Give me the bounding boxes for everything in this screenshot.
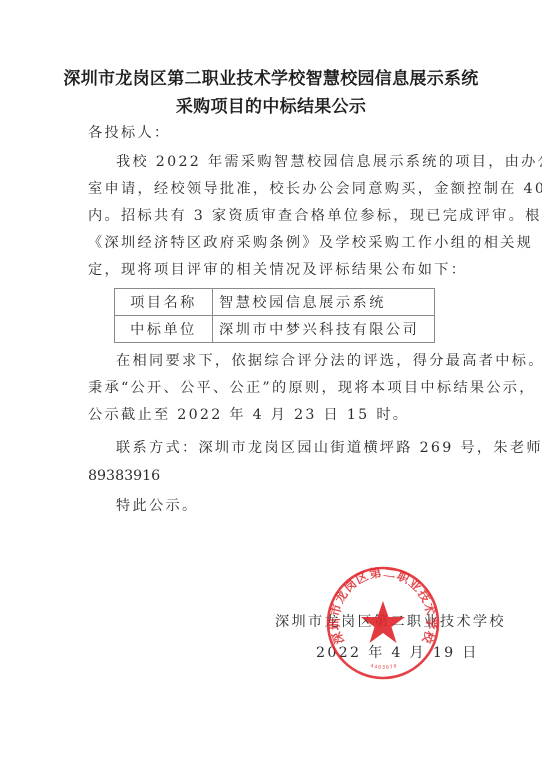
- seal-code-text: 4403070: [370, 663, 399, 671]
- table-label-project-name: 项目名称: [115, 289, 213, 316]
- seal-ring-text: 深圳市龙岗区第二职业技术学校: [327, 565, 439, 646]
- paragraph-line: 定，现将项目评审的相关情况及评标结果公布如下：: [88, 261, 467, 279]
- table-row: 中标单位 深圳市中梦兴科技有限公司: [115, 316, 435, 343]
- table-label-winning-bidder: 中标单位: [115, 316, 213, 343]
- paragraph-line: 秉承“公开、公平、公正”的原则，现将本项目中标结果公示，: [88, 379, 536, 397]
- table-value-winning-bidder: 深圳市中梦兴科技有限公司: [213, 316, 435, 343]
- paragraph-line: 我校 2022 年需采购智慧校园信息展示系统的项目，由办公: [116, 153, 542, 171]
- svg-text:深圳市龙岗区第二职业技术学校: 深圳市龙岗区第二职业技术学校: [327, 565, 439, 646]
- svg-text:4403070: 4403070: [370, 663, 399, 671]
- table-row: 项目名称 智慧校园信息展示系统: [115, 289, 435, 316]
- salutation: 各投标人：: [88, 124, 170, 142]
- signature-organization: 深圳市龙岗区第二职业技术学校: [275, 611, 506, 631]
- document-page: 深圳市龙岗区第二职业技术学校智慧校园信息展示系统 采购项目的中标结果公示 各投标…: [0, 0, 542, 768]
- closing-text: 特此公示。: [116, 497, 198, 515]
- document-title-line2: 采购项目的中标结果公示: [0, 92, 542, 117]
- paragraph-line: 公示截止至 2022 年 4 月 23 日 15 时。: [88, 406, 409, 424]
- paragraph-line: 室申请，经校领导批准，校长办公会同意购买，金额控制在 40 万以: [88, 180, 542, 198]
- paragraph-line: 在相同要求下，依据综合评分法的评选，得分最高者中标。: [116, 352, 542, 370]
- signature-date: 2022 年 4 月 19 日: [316, 642, 479, 662]
- award-result-table: 项目名称 智慧校园信息展示系统 中标单位 深圳市中梦兴科技有限公司: [114, 288, 435, 343]
- paragraph-line: 内。招标共有 3 家资质审查合格单位参标，现已完成评审。根据: [88, 207, 542, 225]
- document-title-line1: 深圳市龙岗区第二职业技术学校智慧校园信息展示系统: [0, 64, 542, 89]
- contact-line: 联系方式：深圳市龙岗区园山街道横坪路 269 号，朱老师，: [116, 439, 542, 457]
- paragraph-line: 《深圳经济特区政府采购条例》及学校采购工作小组的相关规: [88, 234, 533, 252]
- contact-phone: 89383916: [88, 467, 160, 485]
- table-value-project-name: 智慧校园信息展示系统: [213, 289, 435, 316]
